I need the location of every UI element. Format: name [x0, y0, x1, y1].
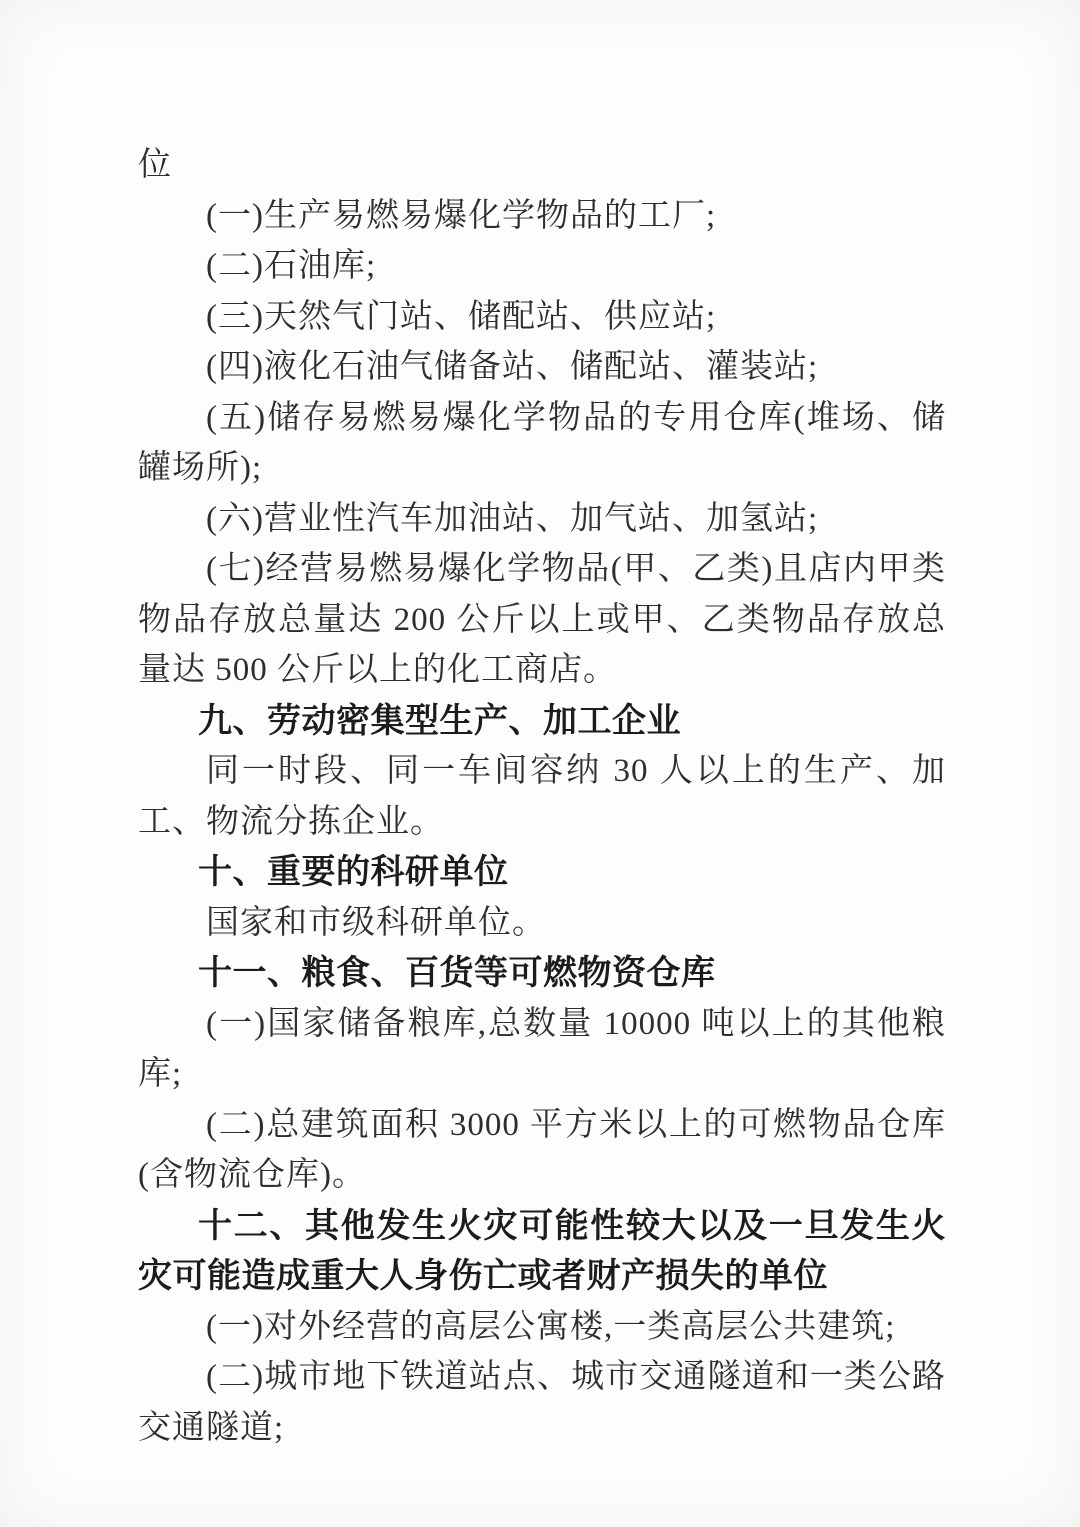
list-item-8-6: (六)营业性汽车加油站、加气站、加氢站;: [138, 494, 946, 545]
list-item-8-2: (二)石油库;: [138, 241, 946, 292]
section-heading-12: 十二、其他发生火灾可能性较大以及一旦发生火灾可能造成重大人身伤亡或者财产损失的单…: [138, 1201, 946, 1302]
list-item-8-1: (一)生产易燃易爆化学物品的工厂;: [138, 191, 946, 242]
section-heading-10: 十、重要的科研单位: [138, 847, 946, 898]
document-body: 位 (一)生产易燃易爆化学物品的工厂; (二)石油库; (三)天然气门站、储配站…: [138, 140, 946, 1453]
document-page: 位 (一)生产易燃易爆化学物品的工厂; (二)石油库; (三)天然气门站、储配站…: [0, 0, 1080, 1527]
section-heading-11: 十一、粮食、百货等可燃物资仓库: [138, 948, 946, 999]
list-item-11-1: (一)国家储备粮库,总数量 10000 吨以上的其他粮库;: [138, 999, 946, 1100]
section-9-body: 同一时段、同一车间容纳 30 人以上的生产、加工、物流分拣企业。: [138, 746, 946, 847]
list-item-11-2: (二)总建筑面积 3000 平方米以上的可燃物品仓库(含物流仓库)。: [138, 1100, 946, 1201]
list-item-12-1: (一)对外经营的高层公寓楼,一类高层公共建筑;: [138, 1302, 946, 1353]
list-item-8-7: (七)经营易燃易爆化学物品(甲、乙类)且店内甲类物品存放总量达 200 公斤以上…: [138, 544, 946, 696]
section-heading-9: 九、劳动密集型生产、加工企业: [138, 696, 946, 747]
list-item-8-4: (四)液化石油气储备站、储配站、灌装站;: [138, 342, 946, 393]
list-item-8-3: (三)天然气门站、储配站、供应站;: [138, 292, 946, 343]
list-item-12-2: (二)城市地下铁道站点、城市交通隧道和一类公路交通隧道;: [138, 1352, 946, 1453]
paragraph-continuation-dan-wei: 位: [138, 140, 946, 191]
section-10-body: 国家和市级科研单位。: [138, 898, 946, 949]
list-item-8-5: (五)储存易燃易爆化学物品的专用仓库(堆场、储罐场所);: [138, 393, 946, 494]
